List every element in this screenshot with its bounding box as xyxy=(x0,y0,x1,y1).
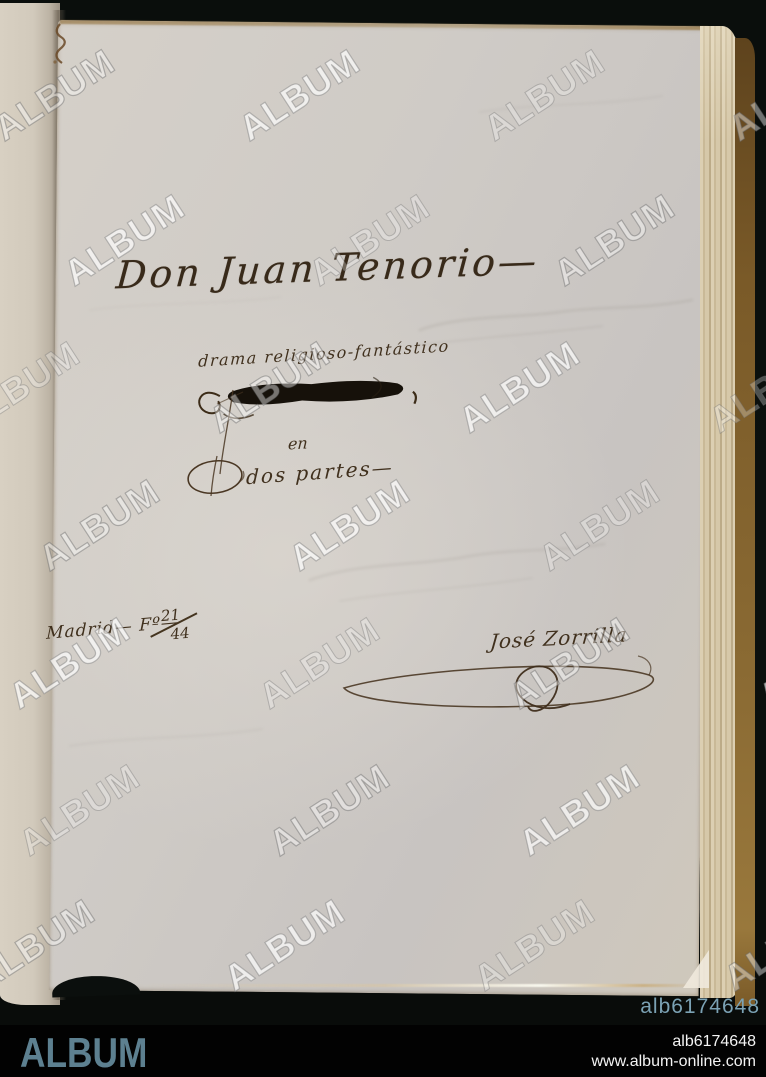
image-id-watermark: alb6174648 xyxy=(640,995,760,1019)
stock-photo-frame: Don Juan Tenorio— drama religioso-fantás… xyxy=(0,0,766,1077)
footer-bar: ALBUM alb6174648 www.album-online.com xyxy=(0,1025,766,1077)
connector-word: en xyxy=(288,433,309,453)
circle-doodle xyxy=(184,452,248,500)
date-denominator: 44 xyxy=(170,624,191,644)
signature-flourish xyxy=(332,648,668,720)
footer-website: www.album-online.com xyxy=(591,1052,756,1072)
date-fraction: 21 44 xyxy=(148,606,201,650)
footer-image-id: alb6174648 xyxy=(591,1032,756,1052)
footer-credits: alb6174648 www.album-online.com xyxy=(591,1032,756,1071)
album-logo: ALBUM xyxy=(20,1029,147,1077)
